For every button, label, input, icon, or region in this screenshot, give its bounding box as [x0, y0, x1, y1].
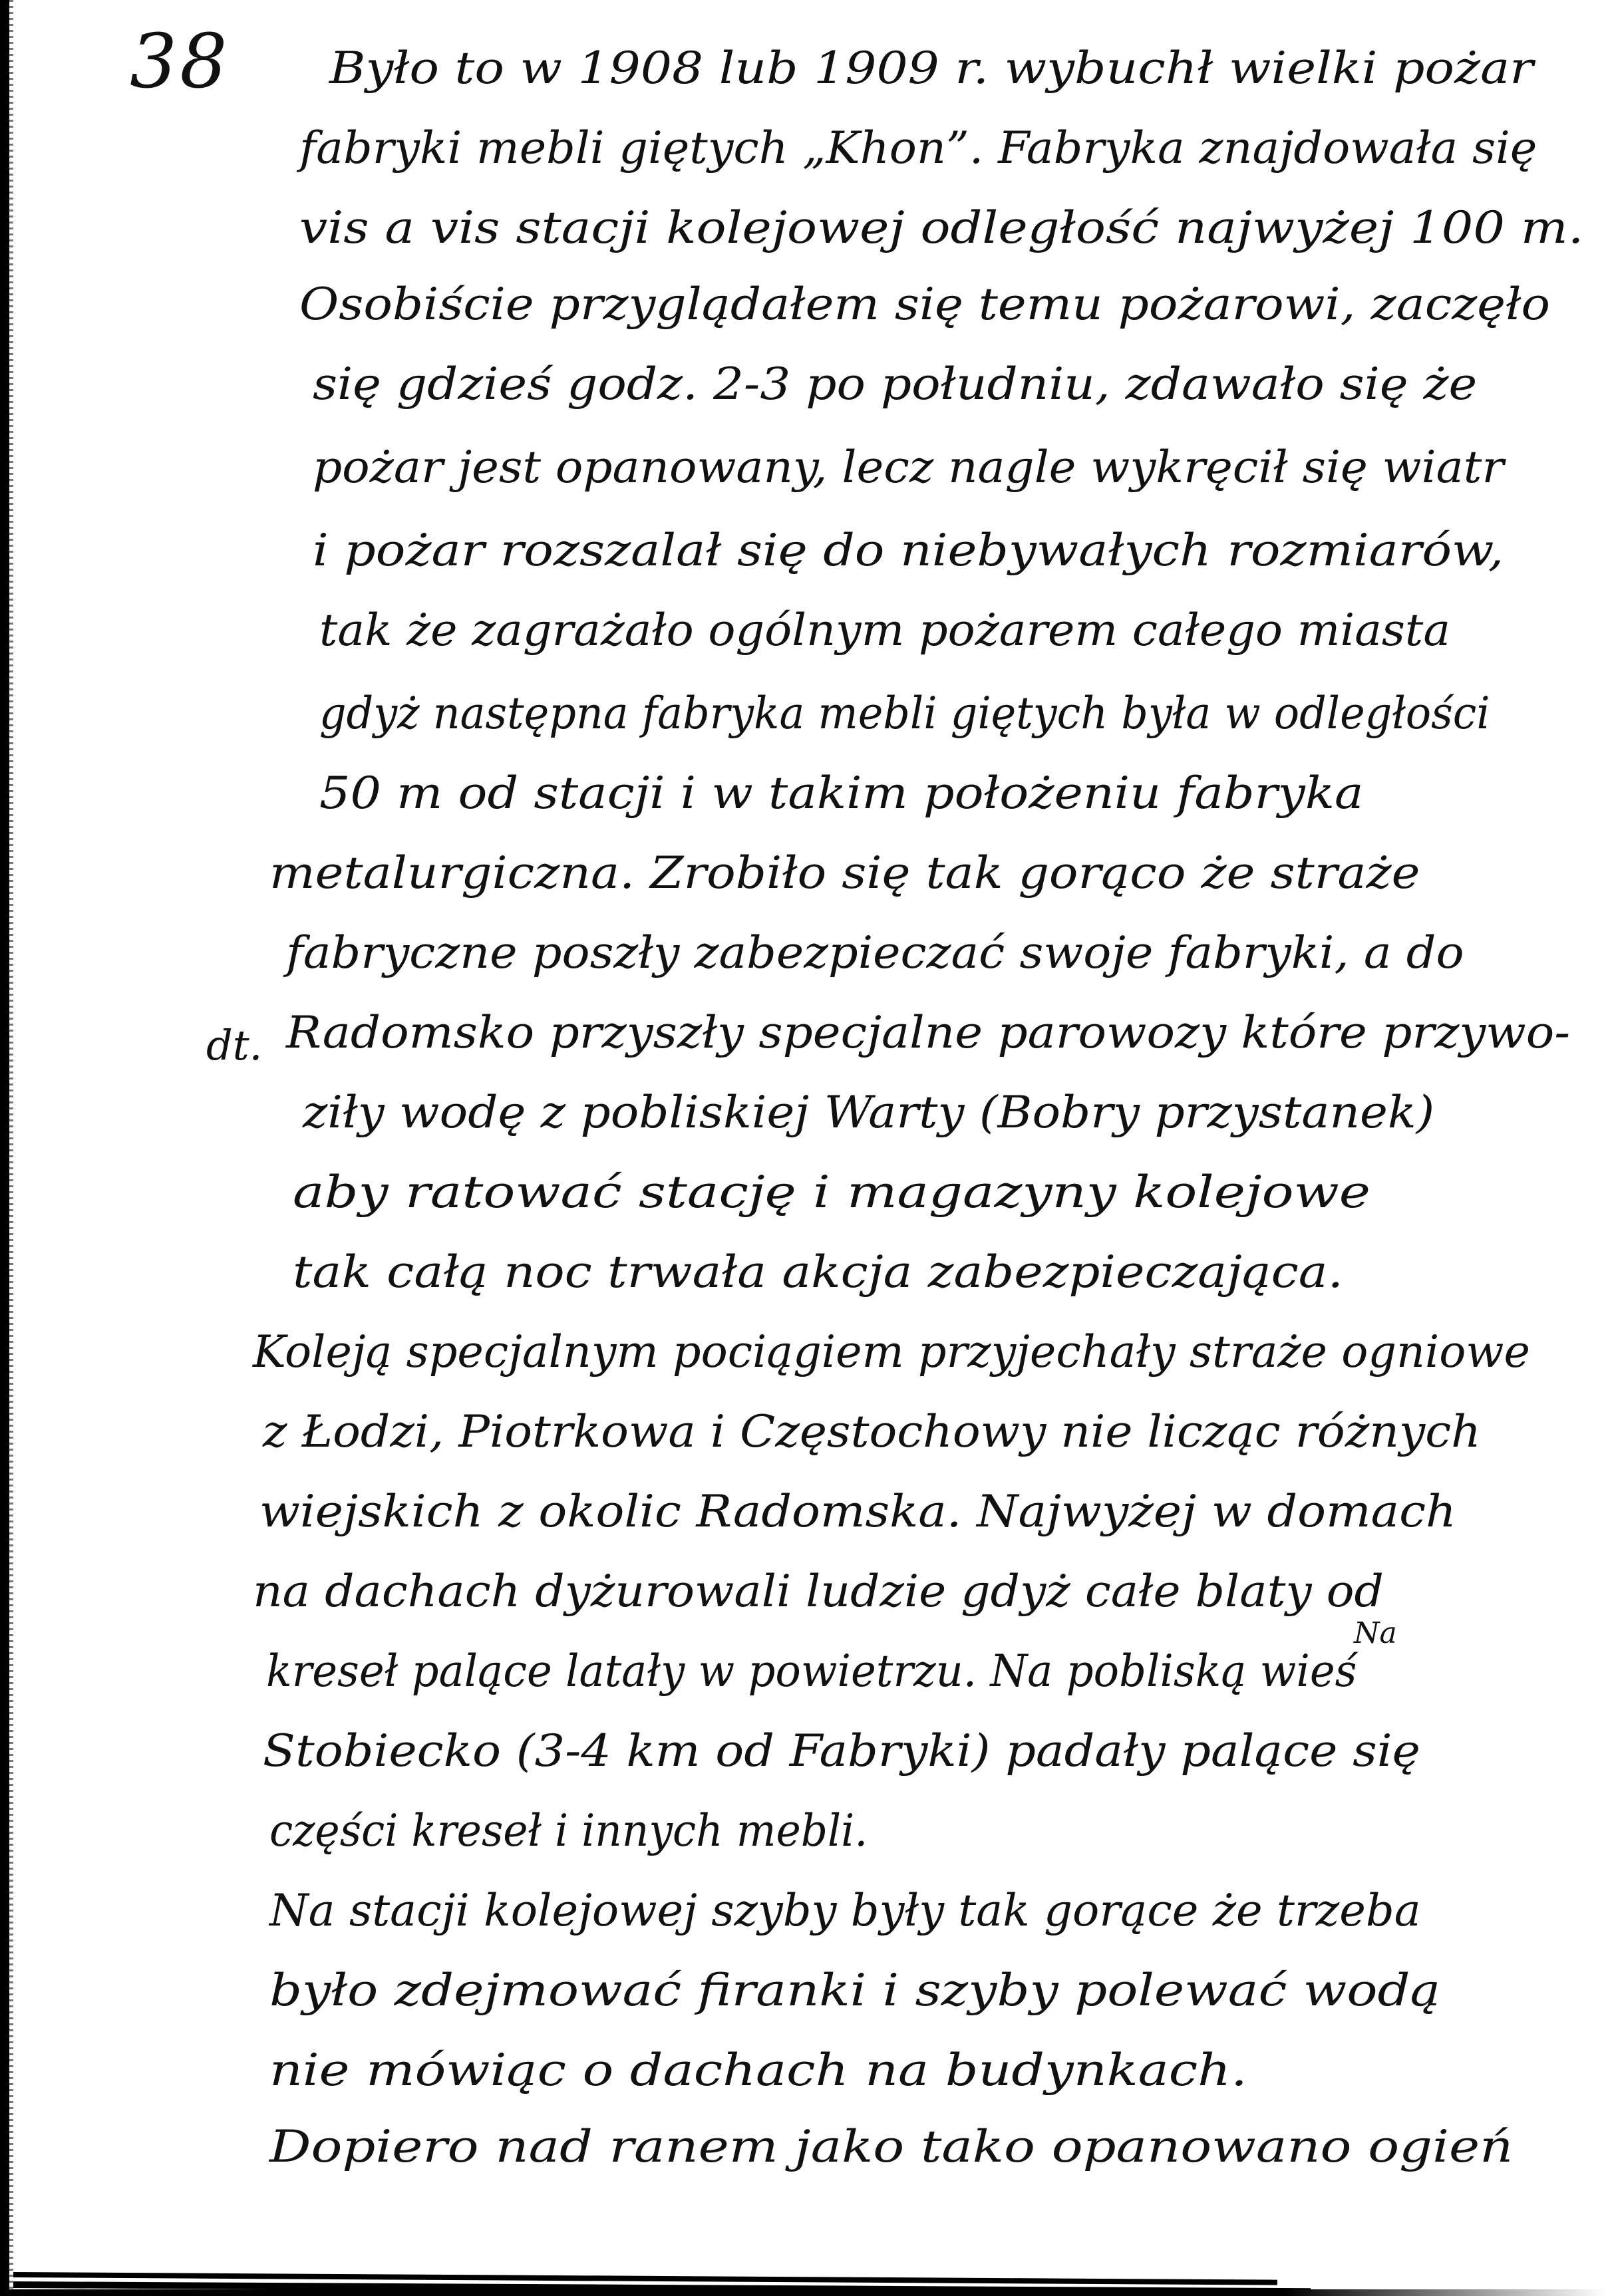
handwritten-line: Stobiecko (3-4 km od Fabryki) padały pal…: [263, 1729, 1420, 1773]
handwritten-line: vis a vis stacji kolejowej odległość naj…: [299, 206, 1584, 250]
page-bottom-edge: [0, 2269, 1606, 2296]
handwritten-line: gdyż następna fabryka mebli giętych była…: [319, 692, 1490, 736]
handwritten-line: Radomsko przyszły specjalne parowozy któ…: [286, 1011, 1570, 1055]
handwritten-line: się gdzieś godz. 2-3 po południu, zdawał…: [313, 362, 1477, 406]
margin-note: dt.: [206, 1021, 262, 1070]
handwritten-line: na dachach dyżurowali ludzie gdyż całe b…: [253, 1570, 1384, 1614]
handwritten-line: części kreseł i innych mebli.: [269, 1809, 868, 1853]
handwritten-line: tak że zagrażało ogólnym pożarem całego …: [319, 609, 1450, 652]
handwritten-line: 50 m od stacji i w takim położeniu fabry…: [319, 772, 1364, 815]
handwritten-line: Koleją specjalnym pociągiem przyjechały …: [253, 1330, 1530, 1374]
handwritten-line: Było to w 1908 lub 1909 r. wybuchł wielk…: [329, 47, 1533, 90]
handwritten-line: nie mówiąc o dachach na budynkach.: [269, 2049, 1247, 2092]
manuscript-page: 38 Było to w 1908 lub 1909 r. wybuchł wi…: [0, 0, 1606, 2296]
handwritten-text-body: Było to w 1908 lub 1909 r. wybuchł wielk…: [0, 0, 1606, 2296]
handwritten-line: Dopiero nad ranem jako tako opanowano og…: [269, 2125, 1513, 2169]
handwritten-line: tak całą noc trwała akcja zabezpieczając…: [293, 1250, 1343, 1294]
handwritten-line: wiejskich z okolic Radomska. Najwyżej w …: [259, 1490, 1456, 1534]
handwritten-line: fabryczne poszły zabezpieczać swoje fabr…: [286, 931, 1464, 975]
handwritten-line: Na stacji kolejowej szyby były tak gorąc…: [269, 1889, 1421, 1933]
handwritten-line: z Łodzi, Piotrkowa i Częstochowy nie lic…: [263, 1410, 1481, 1454]
handwritten-line: było zdejmować firanki i szyby polewać w…: [269, 1969, 1440, 2013]
handwritten-line: i pożar rozszalał się do niebywałych roz…: [313, 529, 1504, 573]
handwritten-line: pożar jest opanowany, lecz nagle wykręci…: [313, 446, 1504, 490]
handwritten-line: Osobiście przyglądałem się temu pożarowi…: [299, 283, 1550, 327]
handwritten-line: ziły wodę z pobliskiej Warty (Bobry przy…: [303, 1091, 1434, 1135]
handwritten-line: fabryki mebli giętych „Khon”. Fabryka zn…: [299, 126, 1537, 170]
insert-note: Na: [1354, 1616, 1397, 1650]
handwritten-line: kreseł palące latały w powietrzu. Na pob…: [266, 1650, 1357, 1693]
handwritten-line: aby ratować stację i magazyny kolejowe: [293, 1171, 1370, 1215]
handwritten-line: metalurgiczna. Zrobiło się tak gorąco że…: [269, 851, 1420, 895]
